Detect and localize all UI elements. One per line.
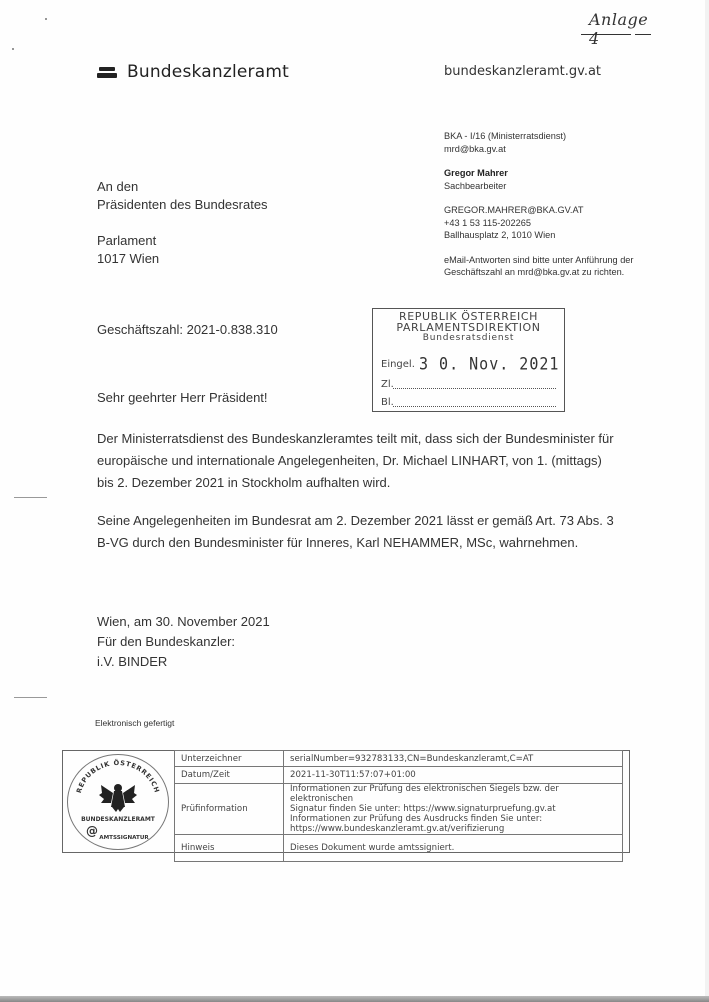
closing: Wien, am 30. November 2021 Für den Bunde…: [97, 612, 270, 672]
fold-mark: [14, 497, 47, 498]
received-stamp: REPUBLIK ÖSTERREICH PARLAMENTSDIREKTION …: [372, 308, 565, 412]
svg-text:AMTSSIGNATUR: AMTSSIGNATUR: [99, 835, 149, 841]
stamp-line: Bundesratsdienst: [373, 333, 564, 343]
website-url: bundeskanzleramt.gv.at: [444, 64, 601, 79]
contact-address: Ballhausplatz 2, 1010 Wien: [444, 229, 633, 242]
stamp-zl-label: Zl.: [381, 379, 394, 390]
stamp-dotted-line: [393, 379, 556, 389]
body-line: bis 2. Dezember 2021 in Stockholm aufhal…: [97, 472, 657, 494]
page-edge: [705, 0, 709, 1002]
letterhead-logo: Bundeskanzleramt: [97, 62, 289, 82]
recipient-line: 1017 Wien: [97, 250, 268, 268]
eagle-coat-of-arms-icon: REPUBLIK ÖSTERREICH BUNDESKANZLERAMT @ A…: [68, 755, 168, 849]
recipient-line: Parlament: [97, 232, 268, 250]
signature-row-key: Datum/Zeit: [175, 767, 284, 784]
annotation-underline: [635, 34, 651, 35]
reply-note: Geschäftszahl an mrd@bka.gv.at zu richte…: [444, 266, 633, 279]
recipient-line: Präsidenten des Bundesrates: [97, 196, 268, 214]
recipient-address: An den Präsidenten des Bundesrates Parla…: [97, 178, 268, 268]
annotation-text: Anlage 4: [589, 10, 657, 48]
fold-mark: [14, 697, 47, 698]
svg-text:@: @: [86, 824, 98, 838]
signature-row: Datum/Zeit2021-11-30T11:57:07+01:00: [175, 767, 623, 784]
signature-row-key: Hinweis: [175, 835, 284, 862]
signature-block: REPUBLIK ÖSTERREICH BUNDESKANZLERAMT @ A…: [62, 750, 630, 853]
signature-row: PrüfinformationInformationen zur Prüfung…: [175, 784, 623, 835]
stamp-dotted-line: [393, 397, 556, 407]
signature-row: HinweisDieses Dokument wurde amtssignier…: [175, 835, 623, 862]
place-date: Wien, am 30. November 2021: [97, 612, 270, 632]
signature-row-value: serialNumber=932783133,CN=Bundeskanzlera…: [284, 751, 623, 767]
body-paragraph: Der Ministerratsdienst des Bundeskanzler…: [97, 428, 657, 494]
signatory: i.V. BINDER: [97, 652, 270, 672]
logo-text: Bundeskanzleramt: [127, 62, 289, 82]
contact-name: Gregor Mahrer: [444, 168, 508, 178]
on-behalf-line: Für den Bundeskanzler:: [97, 632, 270, 652]
scan-speck: [45, 18, 47, 20]
body-line: europäische und internationale Angelegen…: [97, 450, 657, 472]
greeting: Sehr geehrter Herr Präsident!: [97, 390, 268, 405]
stamp-received-label: Eingel.: [381, 359, 415, 370]
signature-row: UnterzeichnerserialNumber=932783133,CN=B…: [175, 751, 623, 767]
contact-role: Sachbearbeiter: [444, 180, 633, 193]
reference-number: Geschäftszahl: 2021-0.838.310: [97, 322, 278, 337]
recipient-line: An den: [97, 178, 268, 196]
handwritten-annotation: Anlage 4: [577, 4, 657, 36]
body-line: B-VG durch den Bundesminister für Innere…: [97, 532, 657, 554]
stamp-bl-label: Bl.: [381, 397, 394, 408]
contact-phone: +43 1 53 115-202265: [444, 217, 633, 230]
official-seal: REPUBLIK ÖSTERREICH BUNDESKANZLERAMT @ A…: [67, 754, 169, 850]
department-email: mrd@bka.gv.at: [444, 143, 633, 156]
austria-flag-bars-icon: [97, 65, 117, 79]
signature-row-value: Informationen zur Prüfung des elektronis…: [284, 784, 623, 835]
svg-text:BUNDESKANZLERAMT: BUNDESKANZLERAMT: [81, 816, 156, 823]
signature-info-table: UnterzeichnerserialNumber=932783133,CN=B…: [174, 750, 623, 862]
signature-row-key: Prüfinformation: [175, 784, 284, 835]
stamp-received-date: 3 0. Nov. 2021: [419, 354, 559, 375]
electronic-note: Elektronisch gefertigt: [95, 718, 174, 728]
scan-speck: [12, 48, 14, 50]
body-line: Seine Angelegenheiten im Bundesrat am 2.…: [97, 510, 657, 532]
reply-note: eMail-Antworten sind bitte unter Anführu…: [444, 254, 633, 267]
signature-row-value: Dieses Dokument wurde amtssigniert.: [284, 835, 623, 862]
page-bottom-edge: [0, 996, 709, 1002]
body-paragraph: Seine Angelegenheiten im Bundesrat am 2.…: [97, 510, 657, 554]
sender-info: BKA - I/16 (Ministerratsdienst) mrd@bka.…: [444, 130, 633, 279]
contact-email: GREGOR.MAHRER@BKA.GV.AT: [444, 204, 633, 217]
department: BKA - I/16 (Ministerratsdienst): [444, 130, 633, 143]
body-line: Der Ministerratsdienst des Bundeskanzler…: [97, 428, 657, 450]
signature-row-key: Unterzeichner: [175, 751, 284, 767]
annotation-underline: [581, 34, 631, 35]
signature-row-value: 2021-11-30T11:57:07+01:00: [284, 767, 623, 784]
